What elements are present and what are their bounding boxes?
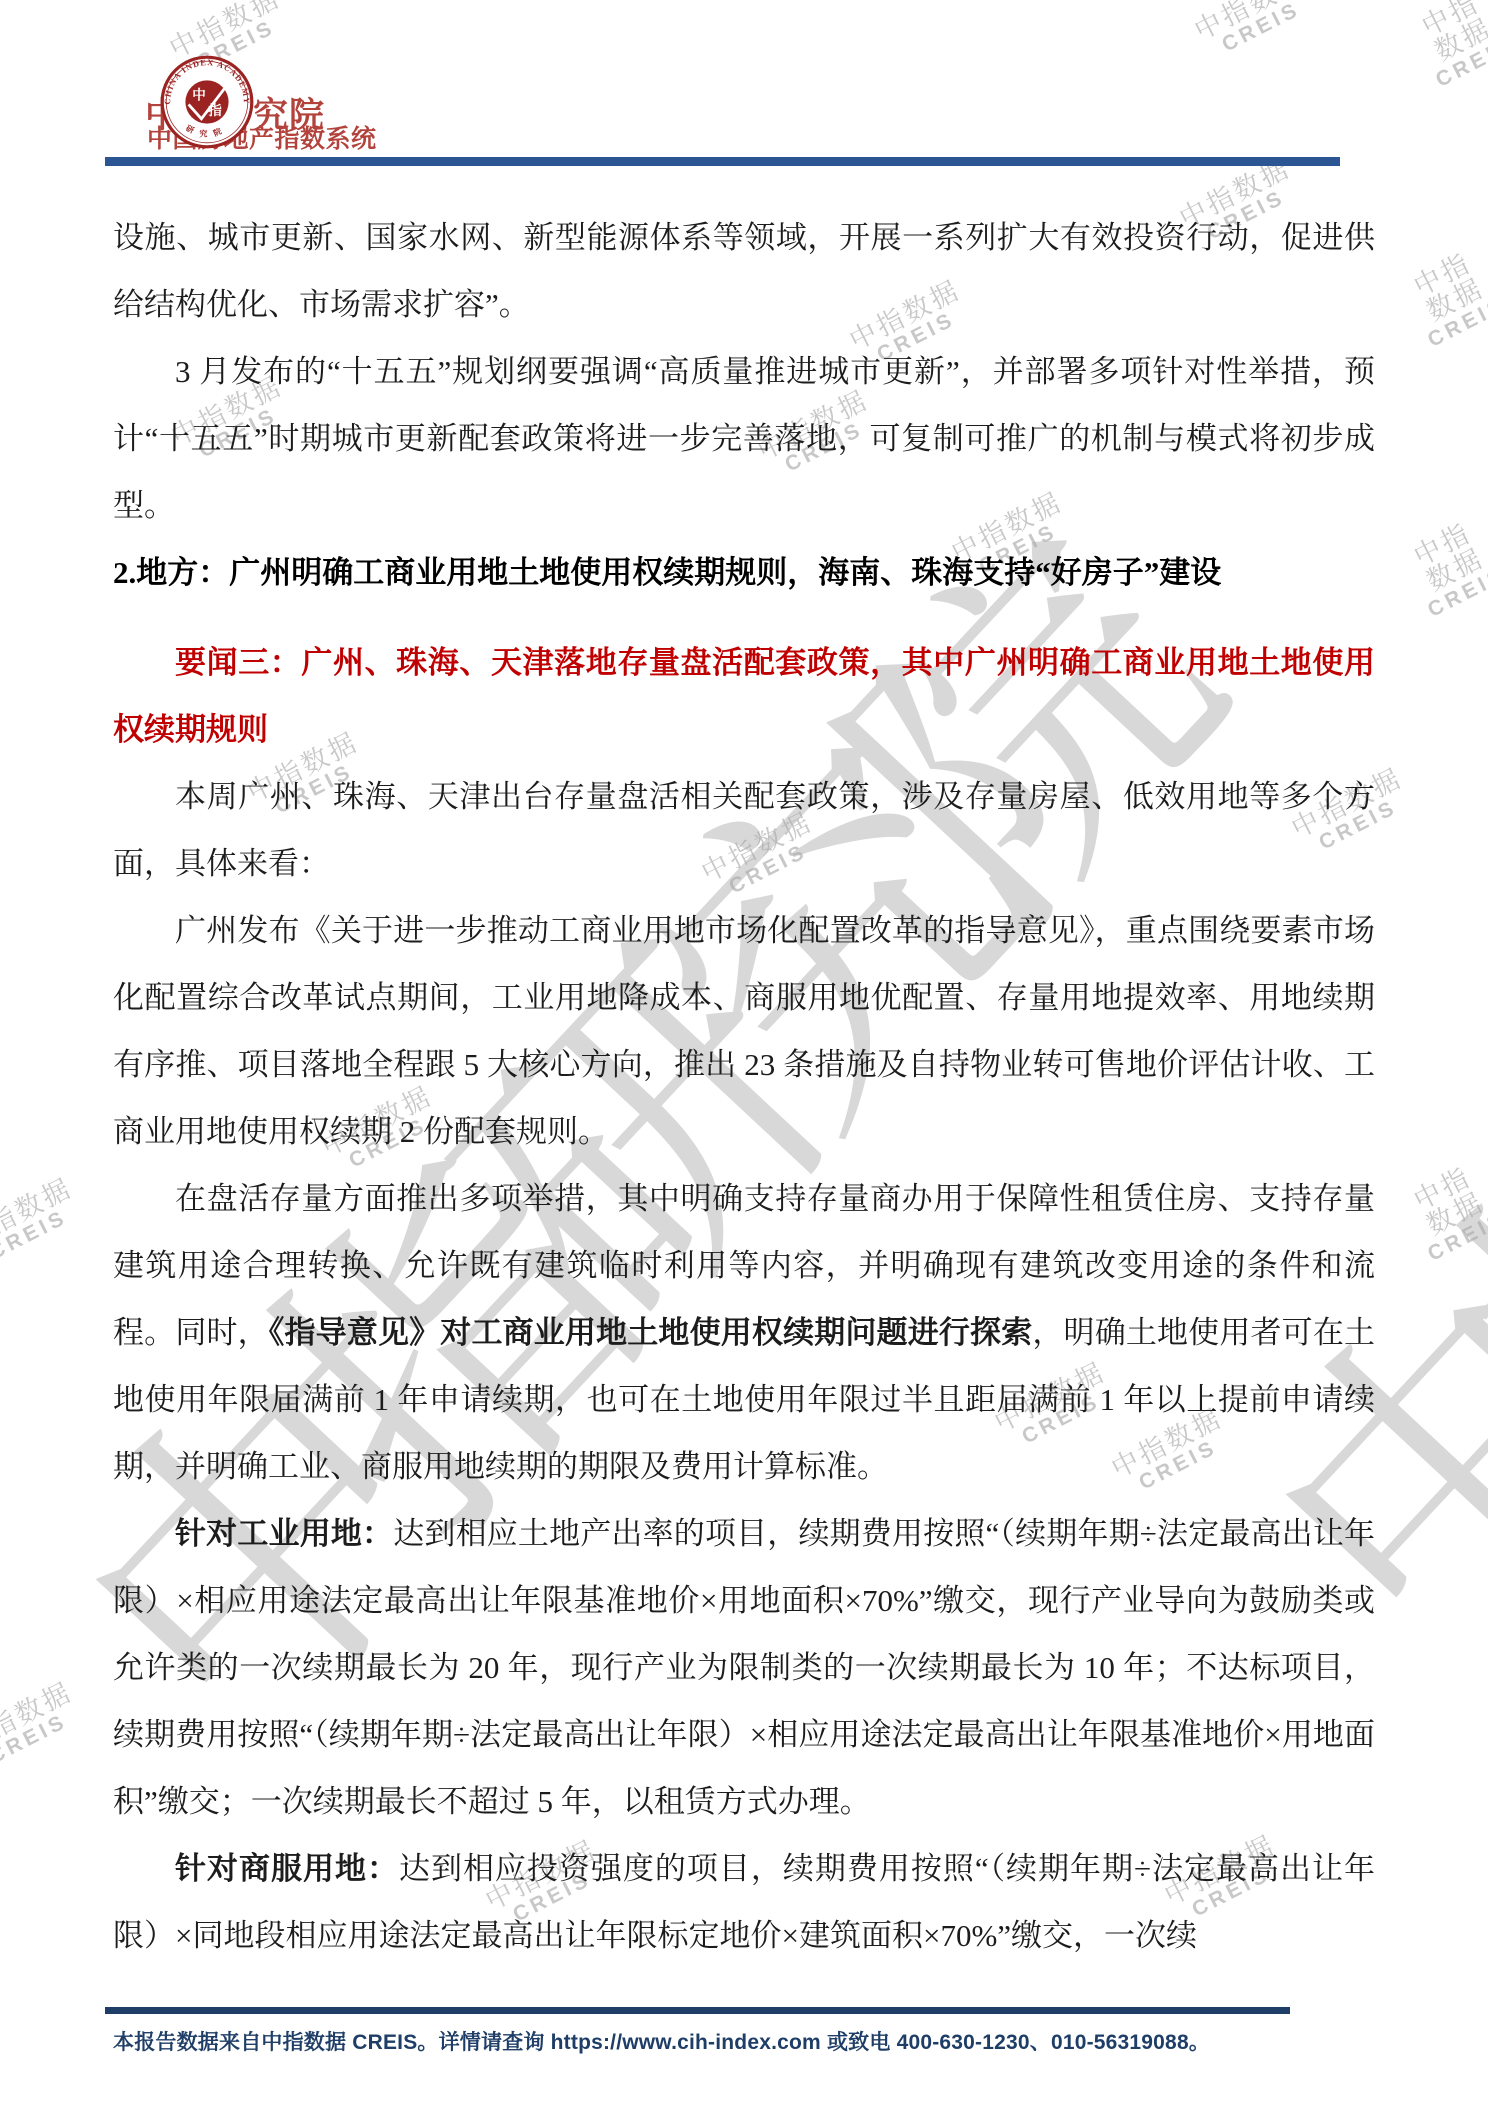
footer-url-link[interactable]: https://www.cih-index.com <box>551 2031 821 2054</box>
document-page: { "header": { "title": "中指研究院", "subtitl… <box>0 0 1488 2104</box>
footer-divider <box>105 2007 1290 2014</box>
footer-note-suffix: 或致电 400-630-1230、010-56319088。 <box>821 2031 1210 2054</box>
footer-note: 本报告数据来自中指数据 CREIS。详情请查询 https://www.cih-… <box>113 2026 1383 2056</box>
footer-note-prefix: 本报告数据来自中指数据 CREIS。详情请查询 <box>113 2031 551 2054</box>
